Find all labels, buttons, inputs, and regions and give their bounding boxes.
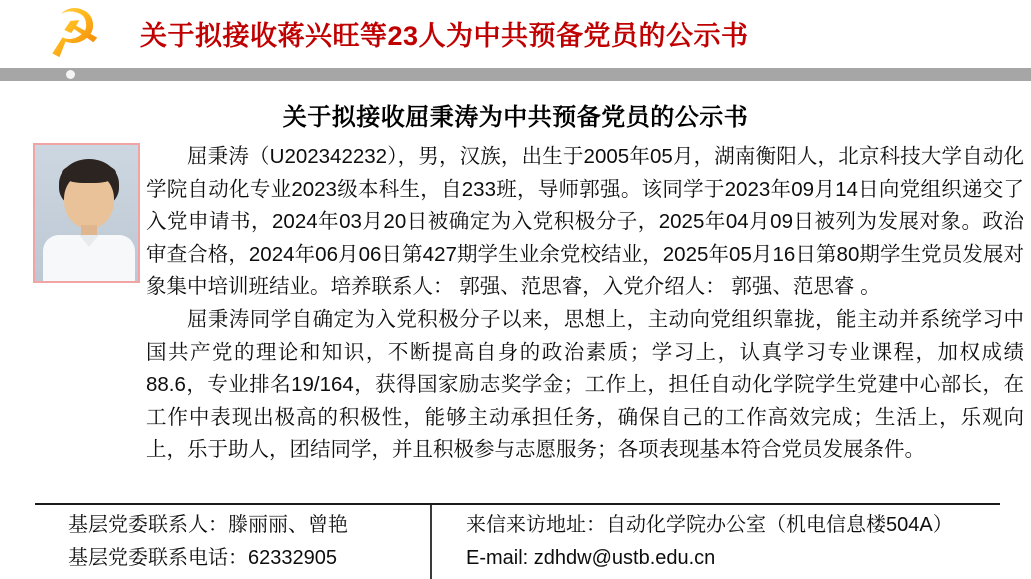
- notice-paragraph-2: 屈秉涛同学自确定为入党积极分子以来，思想上，主动向党组织靠拢，能主动并系统学习中…: [146, 304, 1024, 467]
- footer-divider: [35, 503, 1000, 505]
- footer-contact-left: 基层党委联系人：滕丽丽、曾艳 基层党委联系电话：62332905: [68, 509, 348, 575]
- committee-contact-person: 基层党委联系人：滕丽丽、曾艳: [68, 509, 348, 542]
- committee-contact-phone: 基层党委联系电话：62332905: [68, 542, 348, 575]
- notice-slide: ☭ 关于拟接收蒋兴旺等23人为中共预备党员的公示书 关于拟接收屈秉涛为中共预备党…: [0, 0, 1031, 579]
- top-banner: ☭ 关于拟接收蒋兴旺等23人为中共预备党员的公示书: [0, 0, 1031, 68]
- contact-email: E-mail: zdhdw@ustb.edu.cn: [466, 542, 953, 575]
- visit-address: 来信来访地址：自动化学院办公室（机电信息楼504A）: [466, 509, 953, 542]
- footer-contact-right: 来信来访地址：自动化学院办公室（机电信息楼504A） E-mail: zdhdw…: [466, 509, 953, 575]
- notice-paragraph-1: 屈秉涛（U202342232），男，汉族，出生于2005年05月，湖南衡阳人，北…: [146, 141, 1024, 304]
- notice-body: 屈秉涛（U202342232），男，汉族，出生于2005年05月，湖南衡阳人，北…: [146, 141, 1024, 467]
- party-emblem-icon: ☭: [30, 0, 117, 73]
- banner-title: 关于拟接收蒋兴旺等23人为中共预备党员的公示书: [140, 0, 749, 68]
- bar-dot-icon: [66, 70, 75, 79]
- photo-fringe-shape: [62, 163, 116, 183]
- footer-vertical-divider: [430, 505, 432, 579]
- notice-title: 关于拟接收屈秉涛为中共预备党员的公示书: [0, 97, 1031, 132]
- applicant-photo: [33, 143, 140, 283]
- gray-divider-bar: [0, 68, 1031, 81]
